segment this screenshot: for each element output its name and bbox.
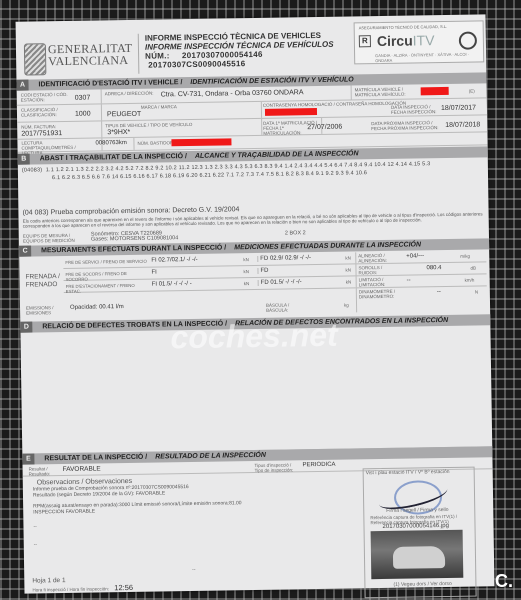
- classification: 1000: [75, 111, 91, 118]
- certification-seal-icon: [459, 31, 477, 49]
- noise-value: 080.4: [426, 265, 441, 271]
- dynamometer-value: --: [437, 289, 441, 295]
- front-right-value: FD 01.5/ -/ -/ -/-: [258, 279, 302, 286]
- logo-line-2: VALENCIANA: [48, 54, 133, 67]
- report-title: INFORME INSPECCIÓ TÈCNICA DE VEHICLES IN…: [138, 30, 356, 73]
- redacted-homologation: [265, 108, 317, 116]
- measurements-table: FRENADA / FRENADO FRE DE SERVICI / FRENO…: [19, 250, 490, 317]
- generalitat-logo: GENERALITAT VALENCIANA: [24, 40, 135, 82]
- end-time: 12:56: [114, 583, 133, 592]
- photo-reference: 20170307000054146.jpg: [382, 524, 448, 530]
- car-icon: [393, 546, 445, 569]
- inspection-report: GENERALITAT VALENCIANA INFORME INSPECCIÓ…: [16, 14, 495, 593]
- vehicle-type: 3*9HX*: [107, 129, 130, 136]
- front-right-value: FD 02.9/ 02.9/ -/ -/-: [257, 255, 311, 262]
- braking-label: FRENADA / FRENADO: [25, 273, 61, 290]
- front-left-value: FI: [151, 270, 156, 276]
- corner-mark: C.: [495, 571, 513, 592]
- station-code: 0307: [75, 95, 91, 102]
- alignment-value: +04/---: [406, 253, 424, 259]
- brand: PEUGEOT: [107, 111, 141, 119]
- observations: Observacions / Observaciones Informe pru…: [33, 474, 354, 547]
- first-registration-date: 27/07/2006: [307, 124, 342, 132]
- vehicle-photo: [371, 530, 464, 579]
- coat-of-arms-icon: [24, 43, 46, 75]
- front-left-value: FI 01.5/ -/ -/ -/ -: [152, 281, 192, 288]
- odometer-reading: 0080763km: [95, 140, 126, 146]
- signature-box: Vist i plau estació ITV / Vº Bº estación…: [363, 467, 477, 599]
- emissions-value: Opacidad: 00.41 l/m: [70, 304, 124, 311]
- report-number-2: 20170307CS0090045516: [148, 59, 245, 70]
- circuitv-logo: ASEGURAMIENTO TÉCNICO DE CALIDAD, S.L. R…: [354, 20, 485, 64]
- station-address: Ctra. CV-731, Ondara - Orba 03760 ONDARA: [161, 89, 304, 98]
- next-inspection-date: 18/07/2018: [445, 121, 480, 129]
- front-right-value: FD: [257, 268, 268, 274]
- emissions-label: EMISSIONS / EMISIONES: [26, 305, 66, 316]
- result-value: FAVORABLE: [63, 465, 101, 473]
- side-measurements: ALINEACIÓ / ALINEACIÓN: +04/--- m/kg SOR…: [355, 250, 487, 312]
- speed-limit-value: --: [407, 278, 411, 284]
- front-left-value: FI 02.7/02.1/ -/ -/-: [151, 257, 197, 264]
- redacted-chassis: [171, 138, 231, 146]
- inspection-date: 18/07/2017: [441, 105, 476, 113]
- footer: Hoja 1 de 1 Hora fi inspecció / Hora fin…: [32, 576, 133, 594]
- watermark: coches.net: [170, 317, 338, 357]
- report-number: NÚM.: 20170307000054146 20170307CS009004…: [145, 48, 355, 69]
- inspection-type: PERIODICA: [302, 462, 335, 469]
- invoice-number: 2017/751931: [21, 130, 62, 138]
- redacted-plate: [421, 87, 449, 95]
- registered-icon: R: [359, 35, 371, 47]
